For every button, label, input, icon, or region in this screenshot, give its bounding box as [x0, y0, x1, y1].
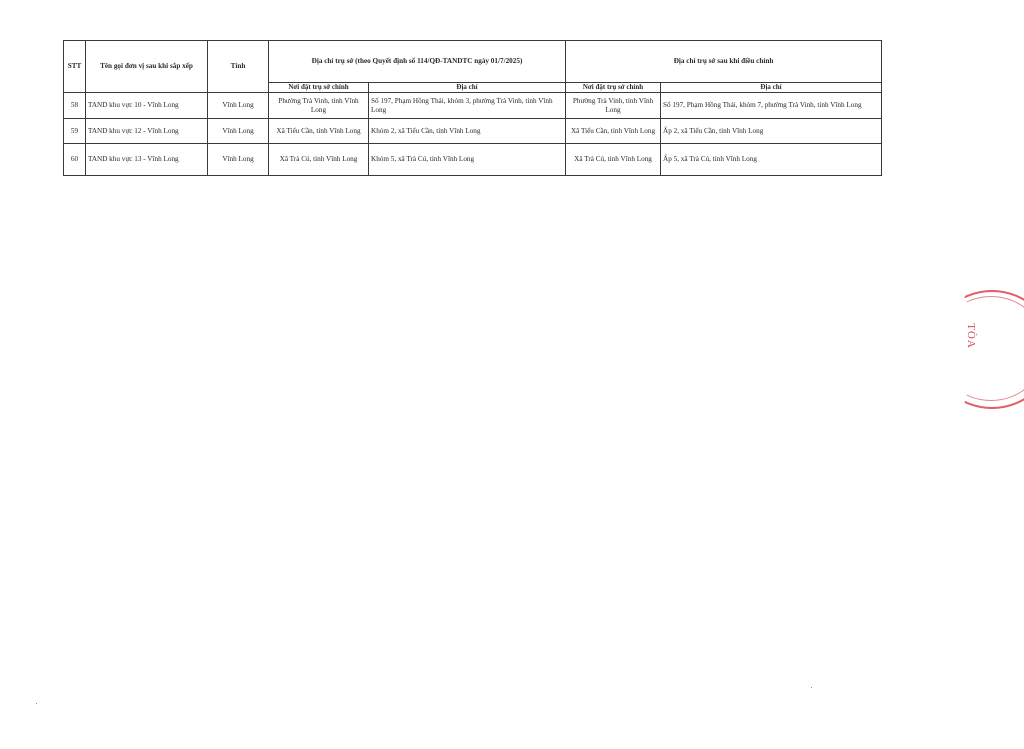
- cell-province: Vĩnh Long: [208, 93, 269, 119]
- cell-stt: 58: [64, 93, 86, 119]
- cell-new-address: Số 197, Phạm Hồng Thái, khóm 7, phường T…: [661, 93, 882, 119]
- scan-speck: [811, 687, 812, 688]
- red-seal-stamp-inner-ring: [936, 296, 1024, 401]
- cell-province: Vĩnh Long: [208, 119, 269, 144]
- header-new-address-group: Địa chỉ trụ sở sau khi điều chỉnh: [566, 41, 882, 83]
- cell-old-location: Xã Tiểu Cần, tỉnh Vĩnh Long: [269, 119, 369, 144]
- scan-speck: [36, 703, 37, 704]
- header-stt: STT: [64, 41, 86, 93]
- cell-old-address: Khóm 5, xã Trà Cú, tỉnh Vĩnh Long: [369, 144, 566, 176]
- header-new-address: Địa chỉ: [661, 83, 882, 93]
- table-row: 60 TAND khu vực 13 - Vĩnh Long Vĩnh Long…: [64, 144, 882, 176]
- cell-new-location: Xã Trà Cú, tỉnh Vĩnh Long: [566, 144, 661, 176]
- header-row: STT Tên gọi đơn vị sau khi sắp xếp Tỉnh …: [64, 41, 882, 83]
- cell-unit-name: TAND khu vực 12 - Vĩnh Long: [86, 119, 208, 144]
- cell-province: Vĩnh Long: [208, 144, 269, 176]
- cell-new-location: Xã Tiểu Cần, tỉnh Vĩnh Long: [566, 119, 661, 144]
- cell-new-address: Ấp 2, xã Tiểu Cần, tỉnh Vĩnh Long: [661, 119, 882, 144]
- header-old-address: Địa chỉ: [369, 83, 566, 93]
- table-row: 58 TAND khu vực 10 - Vĩnh Long Vĩnh Long…: [64, 93, 882, 119]
- header-old-address-group: Địa chỉ trụ sở (theo Quyết định số 114/Q…: [269, 41, 566, 83]
- cell-old-location: Phường Trà Vinh, tỉnh Vĩnh Long: [269, 93, 369, 119]
- stamp-text: TÒA: [965, 323, 977, 349]
- header-new-location: Nơi đặt trụ sở chính: [566, 83, 661, 93]
- cell-old-address: Số 197, Phạm Hồng Thái, khóm 3, phường T…: [369, 93, 566, 119]
- header-old-location: Nơi đặt trụ sở chính: [269, 83, 369, 93]
- cell-old-location: Xã Trà Cú, tỉnh Vĩnh Long: [269, 144, 369, 176]
- cell-old-address: Khóm 2, xã Tiểu Cần, tỉnh Vĩnh Long: [369, 119, 566, 144]
- court-address-table: STT Tên gọi đơn vị sau khi sắp xếp Tỉnh …: [63, 40, 882, 176]
- cell-new-address: Ấp 5, xã Trà Cú, tỉnh Vĩnh Long: [661, 144, 882, 176]
- cell-unit-name: TAND khu vực 10 - Vĩnh Long: [86, 93, 208, 119]
- table-row: 59 TAND khu vực 12 - Vĩnh Long Vĩnh Long…: [64, 119, 882, 144]
- cell-stt: 59: [64, 119, 86, 144]
- header-province: Tỉnh: [208, 41, 269, 93]
- cell-stt: 60: [64, 144, 86, 176]
- cell-unit-name: TAND khu vực 13 - Vĩnh Long: [86, 144, 208, 176]
- cell-new-location: Phường Trà Vinh, tỉnh Vĩnh Long: [566, 93, 661, 119]
- header-unit-name: Tên gọi đơn vị sau khi sắp xếp: [86, 41, 208, 93]
